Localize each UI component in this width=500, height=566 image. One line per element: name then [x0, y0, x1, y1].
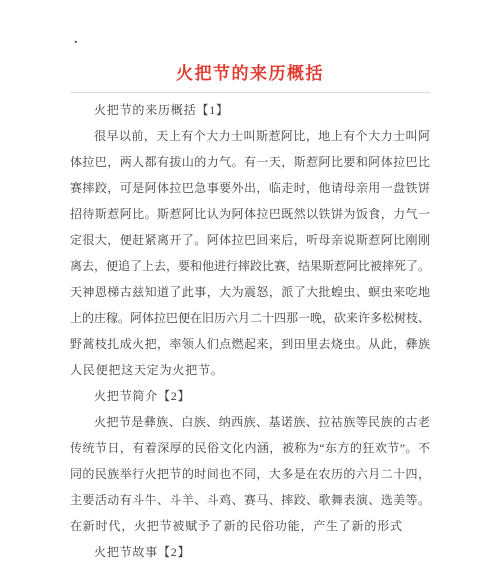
text-line: 定很大，便赶紧离开了。阿体拉巴回来后，听母亲说斯惹阿比刚刚	[70, 227, 430, 253]
section-heading: 火把节的来历概括【1】	[70, 97, 430, 123]
text-line: 传统节日，有着深厚的民俗文化内涵，被称为“东方的狂欢节”。不	[70, 435, 430, 461]
text-line: 招待斯惹阿比。斯惹阿比认为阿体拉巴既然以铁饼为饭食，力气一	[70, 201, 430, 227]
text-line: 主要活动有斗牛、斗羊、斗鸡、赛马、摔跤、歌舞表演、选美等。	[70, 487, 430, 513]
text-line: 天神恩梯古兹知道了此事，大为震怒，派了大批蝗虫、螟虫来吃地	[70, 279, 430, 305]
text-line: 火把节是彝族、白族、纳西族、基诺族、拉祜族等民族的古老	[70, 409, 430, 435]
section-heading: 火把节简介【2】	[70, 383, 430, 409]
title-divider	[70, 92, 430, 93]
text-line: 体拉巴，两人都有拔山的力气。有一天，斯惹阿比要和阿体拉巴比	[70, 149, 430, 175]
text-line: 很早以前，天上有个大力士叫斯惹阿比，地上有个大力士叫阿	[70, 123, 430, 149]
text-line: 上的庄稼。阿体拉巴便在旧历六月二十四那一晚，砍来许多松树枝、	[70, 305, 430, 331]
section-heading: 火把节故事【2】	[70, 539, 430, 565]
text-line: 野蒿枝扎成火把，率领人们点燃起来，到田里去烧虫。从此，彝族	[70, 331, 430, 357]
text-line: 同的民族举行火把节的时间也不同，大多是在农历的六月二十四，	[70, 461, 430, 487]
document-body: 火把节的来历概括【1】很早以前，天上有个大力士叫斯惹阿比，地上有个大力士叫阿体拉…	[70, 97, 430, 565]
stray-period-mark: .	[74, 32, 78, 48]
text-line: 人民便把这天定为火把节。	[70, 357, 430, 383]
text-line: 在新时代，火把节被赋予了新的民俗功能，产生了新的形式	[70, 513, 430, 539]
text-line: 赛摔跤，可是阿体拉巴急事要外出，临走时，他请母亲用一盘铁饼	[70, 175, 430, 201]
text-line: 离去，便追了上去，要和他进行摔跤比赛，结果斯惹阿比被摔死了。	[70, 253, 430, 279]
